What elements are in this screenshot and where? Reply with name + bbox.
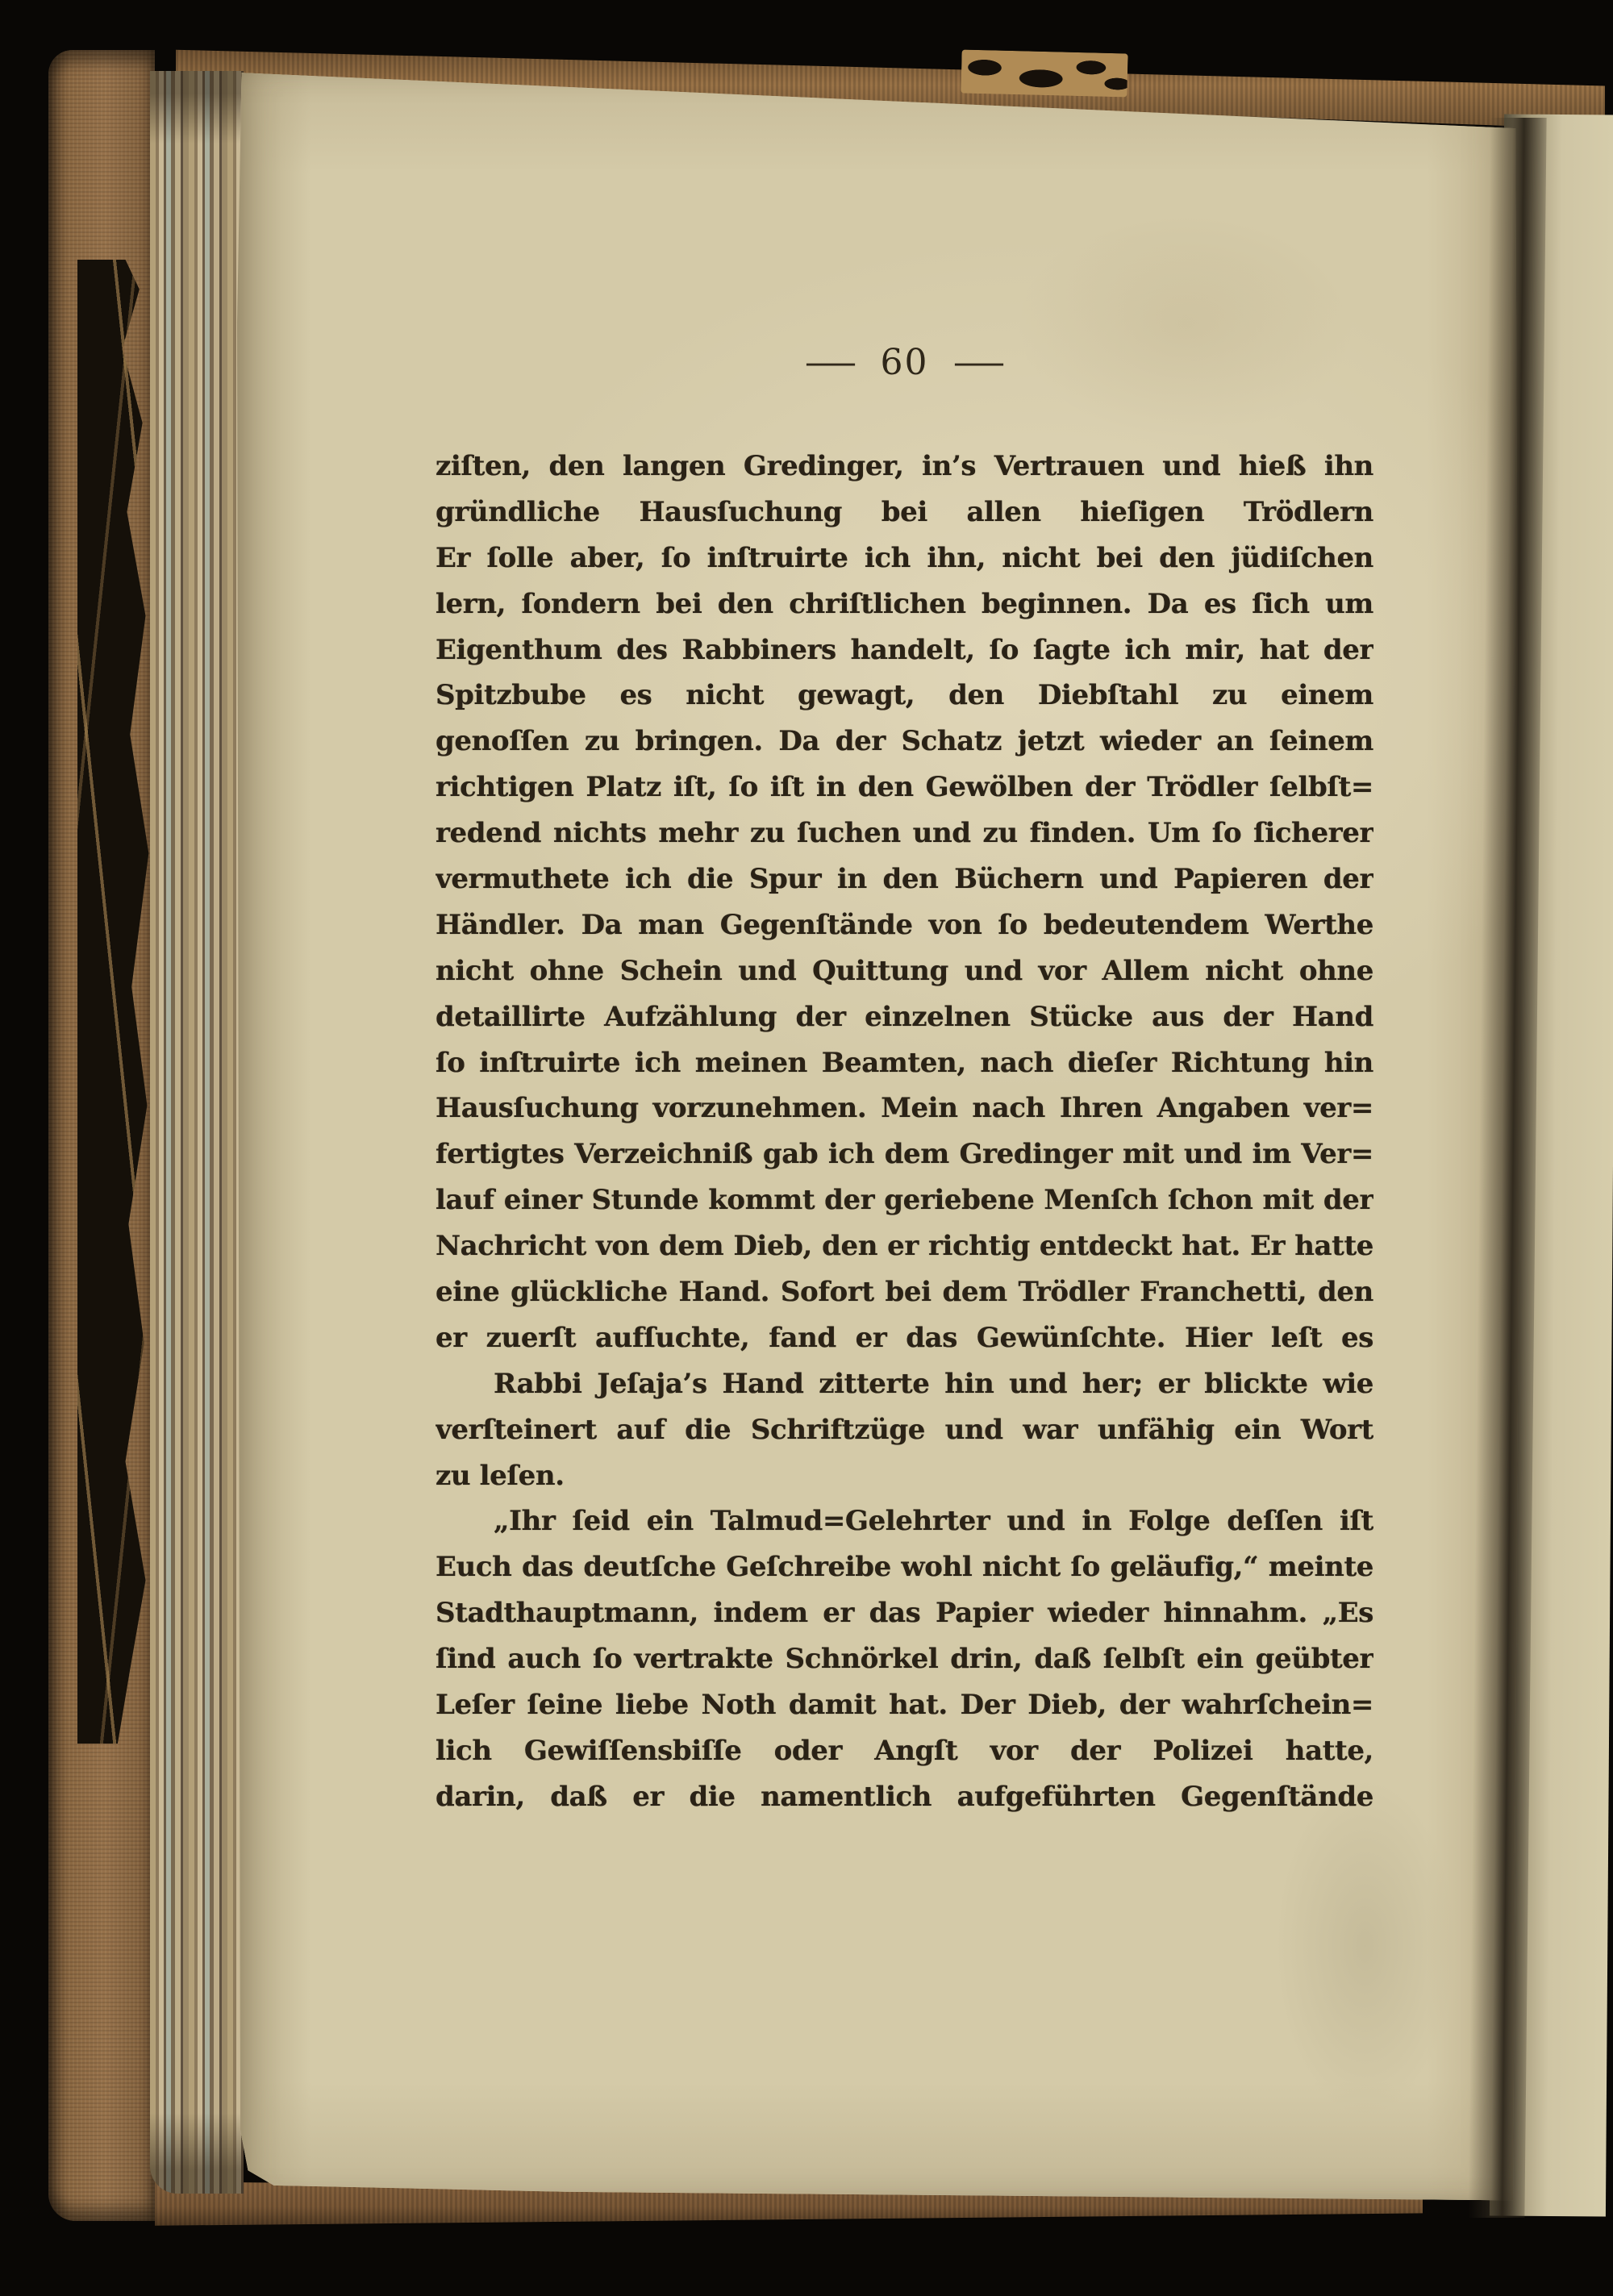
text-line: lich Gewiſſensbiſſe oder Angſt vor der P… [436,1728,1373,1774]
text-line: genoſſen zu bringen. Da der Schatz jetzt… [436,719,1373,765]
text-line: Leſer ſeine liebe Noth damit hat. Der Di… [436,1682,1373,1728]
text-line: nicht ohne Schein und Quittung und vor A… [436,948,1373,994]
text-line: Rabbi Jeſaja’s Hand zitterte hin und her… [436,1361,1373,1407]
text-line: richtigen Platz iſt, ſo iſt in den Gewöl… [436,765,1373,810]
text-line: Nachricht von dem Dieb, den er richtig e… [436,1223,1373,1269]
text-line: Stadthauptmann, indem er das Papier wied… [436,1590,1373,1636]
text-line: eine glückliche Hand. Sofort bei dem Trö… [436,1269,1373,1315]
text-line: Händler. Da man Gegenſtände von ſo bedeu… [436,902,1373,948]
text-block: ziſten, den langen Gredinger, in’s Vertr… [436,444,1373,1820]
text-line: vermuthete ich die Spur in den Büchern u… [436,856,1373,902]
page-header: —60— [436,342,1373,383]
text-line: gründliche Hausſuchung bei allen hieſige… [436,490,1373,535]
text-line: darin, daß er die namentlich aufgeführte… [436,1774,1373,1820]
text-line: lauf einer Stunde kommt der geriebene Me… [436,1177,1373,1223]
text-line: er zuerſt aufſuchte, fand er das Gewünſc… [436,1315,1373,1361]
text-line: lern, ſondern bei den chriſtlichen begin… [436,581,1373,627]
text-line: Spitzbube es nicht gewagt, den Diebſtahl… [436,673,1373,719]
text-line: Er ſolle aber, ſo inſtruirte ich ihn, ni… [436,535,1373,581]
text-line: ſind auch ſo vertrakte Schnörkel drin, d… [436,1636,1373,1682]
text-line: ziſten, den langen Gredinger, in’s Vertr… [436,444,1373,490]
header-dash-right: — [952,342,1006,383]
text-line: fertigtes Verzeichniß gab ich dem Gredin… [436,1131,1373,1177]
text-line: zu leſen. [436,1453,1373,1499]
text-line: ſo inſtruirte ich meinen Beamten, nach d… [436,1040,1373,1086]
text-line: Hausſuchung vorzunehmen. Mein nach Ihren… [436,1085,1373,1131]
text-line: „Ihr ſeid ein Talmud=Gelehrter und in Fo… [436,1498,1373,1544]
text-line: Euch das deutſche Geſchreibe wohl nicht … [436,1544,1373,1590]
marbled-cover-corner [961,49,1127,97]
page-edge-stack [150,71,244,2194]
text-line: verſteinert auf die Schriftzüge und war … [436,1407,1373,1453]
page-number: 60 [881,342,929,383]
text-line: detaillirte Aufzählung der einzelnen Stü… [436,994,1373,1040]
header-dash-left: — [804,342,857,383]
text-line: redend nichts mehr zu ſuchen und zu find… [436,810,1373,856]
scan-background: { "document": { "page_number": "60", "he… [0,0,1613,2296]
text-line: Eigenthum des Rabbiners handelt, ſo ſagt… [436,627,1373,673]
